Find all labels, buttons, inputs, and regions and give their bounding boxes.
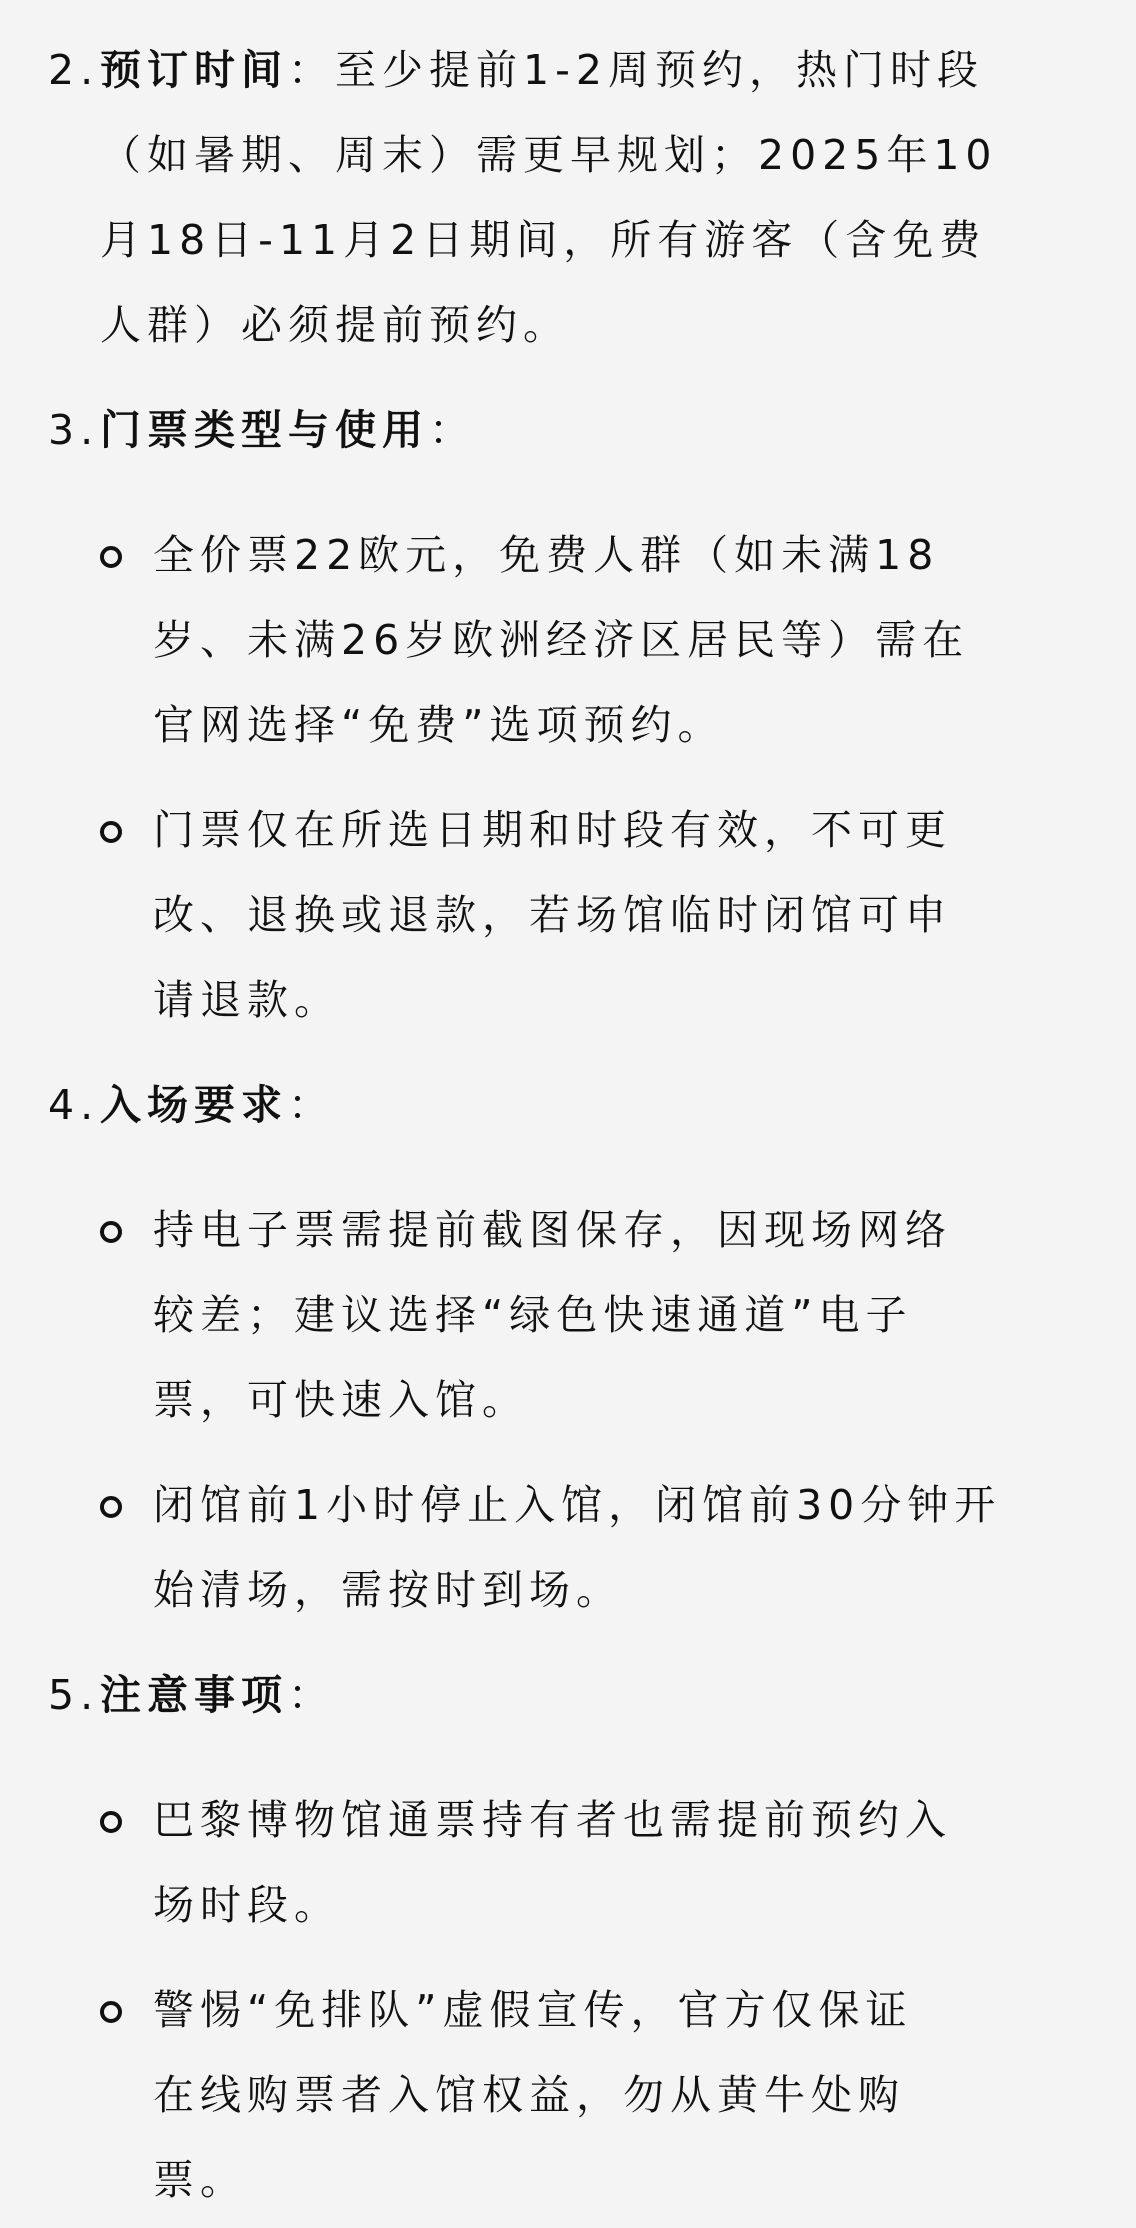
section-colon: ： <box>288 1671 335 1719</box>
section-colon: ： <box>429 406 476 454</box>
list-item: 闭馆前1小时停止入馆，闭馆前30分钟开 始清场，需按时到场。 <box>100 1463 1110 1633</box>
list-item-line: 较差；建议选择“绿色快速通道”电子 <box>153 1273 1110 1358</box>
list-item-line: 改、退换或退款，若场馆临时闭馆可申 <box>153 873 1110 958</box>
hollow-circle-bullet-icon <box>100 1811 122 1833</box>
section-2-line-1: 2.预订时间：至少提前1-2周预约，热门时段 <box>48 28 1114 113</box>
list-item-line: 闭馆前1小时停止入馆，闭馆前30分钟开 <box>153 1463 1110 1548</box>
list-item-line: 岁、未满26岁欧洲经济区居民等）需在 <box>153 598 1110 683</box>
section-body-text: 至少提前1-2周预约，热门时段 <box>335 46 984 94</box>
section-title: 入场要求 <box>100 1081 288 1129</box>
section-number: 2. <box>48 28 100 113</box>
list-item: 门票仅在所选日期和时段有效，不可更 改、退换或退款，若场馆临时闭馆可申 请退款。 <box>100 788 1110 1043</box>
section-colon: ： <box>288 46 335 94</box>
section-2-line-3: 月18日-11月2日期间，所有游客（含免费 <box>48 198 1114 283</box>
list-item: 全价票22欧元，免费人群（如未满18 岁、未满26岁欧洲经济区居民等）需在 官网… <box>100 513 1110 768</box>
list-item-line: 始清场，需按时到场。 <box>153 1548 1110 1633</box>
section-title: 注意事项 <box>100 1671 288 1719</box>
section-number: 5. <box>48 1653 100 1738</box>
hollow-circle-bullet-icon <box>100 1221 122 1243</box>
list-item: 巴黎博物馆通票持有者也需提前预约入 场时段。 <box>100 1778 1110 1948</box>
list-item-line: 在线购票者入馆权益，勿从黄牛处购 <box>153 2053 1110 2138</box>
section-5-heading: 5.注意事项： <box>48 1653 1108 1738</box>
list-item-line: 持电子票需提前截图保存，因现场网络 <box>153 1188 1110 1273</box>
section-colon: ： <box>288 1081 335 1129</box>
list-item-line: 请退款。 <box>153 958 1110 1043</box>
list-item-line: 全价票22欧元，免费人群（如未满18 <box>153 513 1110 598</box>
list-item-line: 警惕“免排队”虚假宣传，官方仅保证 <box>153 1968 1110 2053</box>
hollow-circle-bullet-icon <box>100 1496 122 1518</box>
list-item-line: 票。 <box>153 2138 1110 2223</box>
section-title: 预订时间 <box>100 46 288 94</box>
hollow-circle-bullet-icon <box>100 546 122 568</box>
section-number: 4. <box>48 1063 100 1148</box>
list-item-line: 票，可快速入馆。 <box>153 1358 1110 1443</box>
list-item: 警惕“免排队”虚假宣传，官方仅保证 在线购票者入馆权益，勿从黄牛处购 票。 <box>100 1968 1110 2223</box>
list-item-line: 场时段。 <box>153 1863 1110 1948</box>
section-4-heading: 4.入场要求： <box>48 1063 1108 1148</box>
list-item-line: 巴黎博物馆通票持有者也需提前预约入 <box>153 1778 1110 1863</box>
list-item-line: 门票仅在所选日期和时段有效，不可更 <box>153 788 1110 873</box>
section-3-heading: 3.门票类型与使用： <box>48 388 1108 473</box>
section-2-line-4: 人群）必须提前预约。 <box>48 283 1114 368</box>
section-number: 3. <box>48 388 100 473</box>
section-2-line-2: （如暑期、周末）需更早规划；2025年10 <box>48 113 1114 198</box>
list-item: 持电子票需提前截图保存，因现场网络 较差；建议选择“绿色快速通道”电子 票，可快… <box>100 1188 1110 1443</box>
hollow-circle-bullet-icon <box>100 821 122 843</box>
section-title: 门票类型与使用 <box>100 406 429 454</box>
hollow-circle-bullet-icon <box>100 2001 122 2023</box>
section-2-booking-time: 2.预订时间：至少提前1-2周预约，热门时段 （如暑期、周末）需更早规划；202… <box>48 28 1114 368</box>
list-item-line: 官网选择“免费”选项预约。 <box>153 683 1110 768</box>
